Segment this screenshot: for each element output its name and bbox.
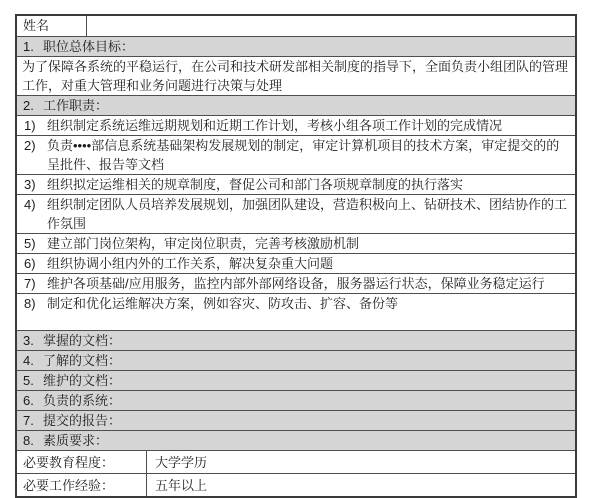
duty-number: 4) <box>17 195 47 233</box>
duty-item: 7) 维护各项基础/应用服务，监控内部外部网络设备，服务器运行状态，保障业务稳定… <box>17 274 575 293</box>
duty-item: 3) 组织拟定运维相关的规章制度，督促公司和部门各项规章制度的执行落实 <box>17 175 575 194</box>
duty-text: 组织协调小组内外的工作关系，解决复杂重大问题 <box>47 254 575 273</box>
duty-item: 6) 组织协调小组内外的工作关系，解决复杂重大问题 <box>17 254 575 273</box>
duty-text: 组织制定系统运维远期规划和近期工作计划，考核小组各项工作计划的完成情况 <box>47 116 575 135</box>
section-number: 3. <box>17 331 43 350</box>
requirement-label: 必要工作经验： <box>17 474 147 490</box>
table-row-education: 必要教育程度： 大学学历 <box>17 451 575 474</box>
section-header-goal: 1.职位总体目标： <box>17 37 575 57</box>
requirement-value: 大学学历 <box>147 451 575 473</box>
name-label: 姓名 <box>17 16 87 36</box>
section-number: 6. <box>17 391 43 410</box>
duty-number: 5) <box>17 234 47 253</box>
section-header-duties: 2.工作职责： <box>17 96 575 116</box>
section-number: 2. <box>17 96 43 115</box>
duty-number: 7) <box>17 274 47 293</box>
section-header-reports: 7.提交的报告： <box>17 411 575 431</box>
name-value <box>87 16 575 36</box>
section-title: 了解的文档： <box>43 353 121 368</box>
section-header-cell: 3.掌握的文档： <box>17 331 575 350</box>
job-description-table: 姓名 1.职位总体目标： 为了保障各系统的平稳运行，在公司和技术研发部相关制度的… <box>15 14 577 490</box>
duty-text: 组织拟定运维相关的规章制度，督促公司和部门各项规章制度的执行落实 <box>47 175 575 194</box>
requirement-value: 五年以上 <box>147 474 575 490</box>
section-title: 提交的报告： <box>43 413 121 428</box>
duty-text: 组织制定团队人员培养发展规划，加强团队建设，营造积极向上、钻研技术、团结协作的工… <box>47 195 575 233</box>
duty-number: 6) <box>17 254 47 273</box>
table-row-name: 姓名 <box>17 16 575 37</box>
duty-text: 制定和优化运维解决方案，例如容灾、防攻击、扩容、备份等 <box>47 294 575 313</box>
section-header-quality: 8.素质要求： <box>17 431 575 451</box>
duty-item: 8) 制定和优化运维解决方案，例如容灾、防攻击、扩容、备份等 <box>17 294 575 313</box>
goal-paragraph: 为了保障各系统的平稳运行，在公司和技术研发部相关制度的指导下，全面负责小组团队的… <box>17 57 575 95</box>
table-row-goal-text: 为了保障各系统的平稳运行，在公司和技术研发部相关制度的指导下，全面负责小组团队的… <box>17 57 575 96</box>
section-header-cell: 7.提交的报告： <box>17 411 575 430</box>
table-row-duty: 3) 组织拟定运维相关的规章制度，督促公司和部门各项规章制度的执行落实 <box>17 175 575 195</box>
duty-item: 2) 负责••••部信息系统基础架构发展规划的制定，审定计算机项目的技术方案，审… <box>17 136 575 174</box>
table-row-duty: 6) 组织协调小组内外的工作关系，解决复杂重大问题 <box>17 254 575 274</box>
duty-number: 3) <box>17 175 47 194</box>
table-row-duty: 2) 负责••••部信息系统基础架构发展规划的制定，审定计算机项目的技术方案，审… <box>17 136 575 175</box>
duty-text: 负责••••部信息系统基础架构发展规划的制定，审定计算机项目的技术方案，审定提交… <box>47 136 575 174</box>
section-number: 7. <box>17 411 43 430</box>
duty-number: 2) <box>17 136 47 174</box>
section-header-docs-known: 4.了解的文档： <box>17 351 575 371</box>
section-header-cell: 8.素质要求： <box>17 431 575 450</box>
table-row-experience: 必要工作经验： 五年以上 <box>17 474 575 490</box>
duty-item: 1) 组织制定系统运维远期规划和近期工作计划，考核小组各项工作计划的完成情况 <box>17 116 575 135</box>
section-number: 5. <box>17 371 43 390</box>
duty-item: 5) 建立部门岗位架构，审定岗位职责，完善考核激励机制 <box>17 234 575 253</box>
duty-item: 4) 组织制定团队人员培养发展规划，加强团队建设，营造积极向上、钻研技术、团结协… <box>17 195 575 233</box>
table-row-duty: 1) 组织制定系统运维远期规划和近期工作计划，考核小组各项工作计划的完成情况 <box>17 116 575 136</box>
duty-number: 1) <box>17 116 47 135</box>
duty-text: 维护各项基础/应用服务，监控内部外部网络设备，服务器运行状态，保障业务稳定运行 <box>47 274 575 293</box>
table-row-duty: 7) 维护各项基础/应用服务，监控内部外部网络设备，服务器运行状态，保障业务稳定… <box>17 274 575 294</box>
requirement-label: 必要教育程度： <box>17 451 147 473</box>
section-title: 负责的系统： <box>43 393 121 408</box>
section-header-docs-maintained: 5.维护的文档： <box>17 371 575 391</box>
section-number: 1. <box>17 37 43 56</box>
section-title: 职位总体目标： <box>43 39 134 54</box>
section-header-cell: 5.维护的文档： <box>17 371 575 390</box>
section-title: 维护的文档： <box>43 373 121 388</box>
section-header-docs-mastered: 3.掌握的文档： <box>17 331 575 351</box>
section-header-cell: 4.了解的文档： <box>17 351 575 370</box>
table-row-duty: 8) 制定和优化运维解决方案，例如容灾、防攻击、扩容、备份等 <box>17 294 575 331</box>
section-number: 4. <box>17 351 43 370</box>
section-header-cell: 2.工作职责： <box>17 96 575 115</box>
section-header-cell: 6.负责的系统： <box>17 391 575 410</box>
section-number: 8. <box>17 431 43 450</box>
section-title: 掌握的文档： <box>43 333 121 348</box>
section-header-systems: 6.负责的系统： <box>17 391 575 411</box>
table-row-duty: 4) 组织制定团队人员培养发展规划，加强团队建设，营造积极向上、钻研技术、团结协… <box>17 195 575 234</box>
section-title: 工作职责： <box>43 98 108 113</box>
table-row-duty: 5) 建立部门岗位架构，审定岗位职责，完善考核激励机制 <box>17 234 575 254</box>
section-header-cell: 1.职位总体目标： <box>17 37 575 56</box>
section-title: 素质要求： <box>43 433 108 448</box>
duty-text: 建立部门岗位架构，审定岗位职责，完善考核激励机制 <box>47 234 575 253</box>
duty-number: 8) <box>17 294 47 313</box>
